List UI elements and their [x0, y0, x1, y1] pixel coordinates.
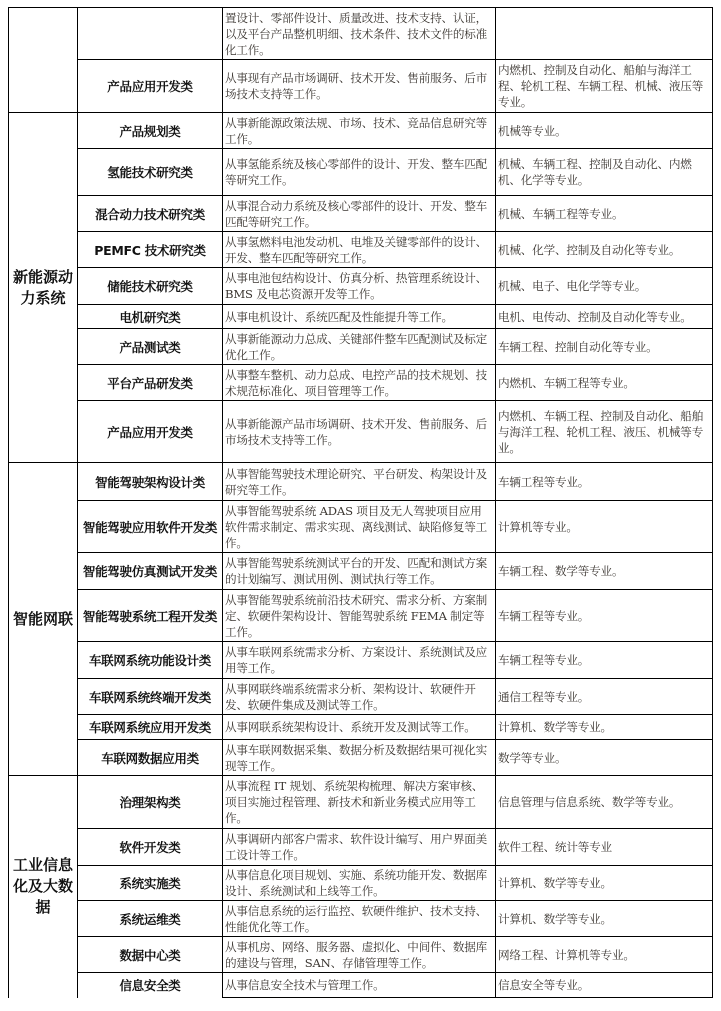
table-row: 产品应用开发类从事现有产品市场调研、技术开发、售前服务、后市场技术支持等工作。内… [9, 60, 713, 113]
table-row: 软件开发类从事调研内部客户需求、软件设计编写、用户界面美工设计等工作。软件工程、… [9, 829, 713, 866]
table-row: PEMFC 技术研究类从事氢燃料电池发动机、电堆及关键零部件的设计、开发、整车匹… [9, 232, 713, 268]
job-description-cell: 从事信息安全技术与管理工作。 [223, 973, 496, 998]
majors-cell: 信息管理与信息系统、数学等专业。 [496, 776, 713, 829]
majors-cell: 机械、电子、电化学等专业。 [496, 268, 713, 305]
category-cell: 产品应用开发类 [78, 60, 223, 113]
area-cell: 工业信息化及大数据 [9, 776, 78, 998]
majors-cell: 机械、车辆工程等专业。 [496, 196, 713, 232]
job-description-cell: 从事网联终端系统需求分析、架构设计、软硬件开发、软硬件集成及测试等工作。 [223, 679, 496, 715]
job-description-cell: 从事整车整机、动力总成、电控产品的技术规划、技术规范标准化、项目管理等工作。 [223, 365, 496, 401]
category-cell: 产品测试类 [78, 329, 223, 365]
majors-cell: 计算机、数学等专业。 [496, 715, 713, 740]
majors-cell: 通信工程等专业。 [496, 679, 713, 715]
category-cell: 车联网数据应用类 [78, 740, 223, 776]
table-row: 置设计、零部件设计、质量改进、技术支持、认证，以及平台产品整机明细、技术条件、技… [9, 8, 713, 60]
table-row: 智能驾驶系统工程开发类从事智能驾驶系统前沿技术研究、需求分析、方案制定、软硬件架… [9, 590, 713, 642]
majors-cell: 数学等专业。 [496, 740, 713, 776]
job-description-cell: 从事氢能系统及核心零部件的设计、开发、整车匹配等研究工作。 [223, 149, 496, 196]
category-cell: 系统实施类 [78, 866, 223, 901]
table-row: 车联网系统功能设计类从事车联网系统需求分析、方案设计、系统测试及应用等工作。车辆… [9, 642, 713, 679]
job-description-cell: 从事新能源动力总成、关键部件整车匹配测试及标定优化工作。 [223, 329, 496, 365]
majors-cell: 车辆工程等专业。 [496, 642, 713, 679]
majors-cell: 电机、电传动、控制及自动化等专业。 [496, 305, 713, 329]
category-cell: 系统运维类 [78, 901, 223, 937]
category-cell: 混合动力技术研究类 [78, 196, 223, 232]
table-row: 电机研究类从事电机设计、系统匹配及性能提升等工作。电机、电传动、控制及自动化等专… [9, 305, 713, 329]
job-description-cell: 从事车联网数据采集、数据分析及数据结果可视化实现等工作。 [223, 740, 496, 776]
majors-cell: 机械、车辆工程、控制及自动化、内燃机、化学等专业。 [496, 149, 713, 196]
category-cell: 车联网系统功能设计类 [78, 642, 223, 679]
table-row: 车联网数据应用类从事车联网数据采集、数据分析及数据结果可视化实现等工作。数学等专… [9, 740, 713, 776]
majors-cell: 车辆工程、控制自动化等专业。 [496, 329, 713, 365]
job-description-cell: 置设计、零部件设计、质量改进、技术支持、认证，以及平台产品整机明细、技术条件、技… [223, 8, 496, 60]
job-description-cell: 从事电池包结构设计、仿真分析、热管理系统设计、BMS 及电芯资源开发等工作。 [223, 268, 496, 305]
table-row: 信息安全类从事信息安全技术与管理工作。信息安全等专业。 [9, 973, 713, 998]
category-cell: 软件开发类 [78, 829, 223, 866]
majors-cell: 机械、化学、控制及自动化等专业。 [496, 232, 713, 268]
area-cell [9, 8, 78, 113]
job-description-cell: 从事混合动力系统及核心零部件的设计、开发、整车匹配等研究工作。 [223, 196, 496, 232]
job-description-cell: 从事智能驾驶系统 ADAS 项目及无人驾驶项目应用软件需求制定、需求实现、离线测… [223, 501, 496, 553]
majors-cell: 计算机、数学等专业。 [496, 901, 713, 937]
majors-cell: 软件工程、统计等专业 [496, 829, 713, 866]
job-description-cell: 从事氢燃料电池发动机、电堆及关键零部件的设计、开发、整车匹配等研究工作。 [223, 232, 496, 268]
category-cell: 数据中心类 [78, 937, 223, 973]
category-cell: 治理架构类 [78, 776, 223, 829]
job-description-cell: 从事流程 IT 规划、系统架构梳理、解决方案审核、项目实施过程管理、新技术和新业… [223, 776, 496, 829]
job-description-cell: 从事机房、网络、服务器、虚拟化、中间件、数据库的建设与管理，SAN、存储管理等工… [223, 937, 496, 973]
majors-cell: 车辆工程等专业。 [496, 590, 713, 642]
table-row: 产品测试类从事新能源动力总成、关键部件整车匹配测试及标定优化工作。车辆工程、控制… [9, 329, 713, 365]
category-cell: 电机研究类 [78, 305, 223, 329]
table-row: 新能源动力系统产品规划类从事新能源政策法规、市场、技术、竞品信息研究等工作。机械… [9, 113, 713, 149]
majors-cell: 计算机、数学等专业。 [496, 866, 713, 901]
category-cell: PEMFC 技术研究类 [78, 232, 223, 268]
job-description-cell: 从事智能驾驶系统测试平台的开发、匹配和测试方案的计划编写、测试用例、测试执行等工… [223, 553, 496, 590]
majors-cell: 车辆工程、数学等专业。 [496, 553, 713, 590]
category-cell: 产品规划类 [78, 113, 223, 149]
table-row: 氢能技术研究类从事氢能系统及核心零部件的设计、开发、整车匹配等研究工作。机械、车… [9, 149, 713, 196]
category-cell: 智能驾驶系统工程开发类 [78, 590, 223, 642]
category-cell: 智能驾驶架构设计类 [78, 463, 223, 501]
table-row: 智能网联智能驾驶架构设计类从事智能驾驶技术理论研究、平台研发、构架设计及研究等工… [9, 463, 713, 501]
category-cell [78, 8, 223, 60]
job-description-cell: 从事电机设计、系统匹配及性能提升等工作。 [223, 305, 496, 329]
table-row: 系统实施类从事信息化项目规划、实施、系统功能开发、数据库设计、系统测试和上线等工… [9, 866, 713, 901]
category-cell: 产品应用开发类 [78, 401, 223, 463]
job-description-cell: 从事车联网系统需求分析、方案设计、系统测试及应用等工作。 [223, 642, 496, 679]
category-cell: 储能技术研究类 [78, 268, 223, 305]
category-cell: 智能驾驶应用软件开发类 [78, 501, 223, 553]
majors-cell: 机械等专业。 [496, 113, 713, 149]
recruitment-category-table: 置设计、零部件设计、质量改进、技术支持、认证，以及平台产品整机明细、技术条件、技… [8, 7, 713, 998]
majors-cell: 内燃机、车辆工程、控制及自动化、船舶与海洋工程、轮机工程、液压、机械等专业。 [496, 401, 713, 463]
majors-cell: 信息安全等专业。 [496, 973, 713, 998]
table-row: 混合动力技术研究类从事混合动力系统及核心零部件的设计、开发、整车匹配等研究工作。… [9, 196, 713, 232]
table-row: 数据中心类从事机房、网络、服务器、虚拟化、中间件、数据库的建设与管理，SAN、存… [9, 937, 713, 973]
category-cell: 车联网系统终端开发类 [78, 679, 223, 715]
job-description-cell: 从事信息化项目规划、实施、系统功能开发、数据库设计、系统测试和上线等工作。 [223, 866, 496, 901]
majors-cell: 网络工程、计算机等专业。 [496, 937, 713, 973]
job-description-cell: 从事智能驾驶系统前沿技术研究、需求分析、方案制定、软硬件架构设计、智能驾驶系统 … [223, 590, 496, 642]
majors-cell [496, 8, 713, 60]
table-row: 车联网系统终端开发类从事网联终端系统需求分析、架构设计、软硬件开发、软硬件集成及… [9, 679, 713, 715]
category-cell: 车联网系统应用开发类 [78, 715, 223, 740]
job-description-cell: 从事网联系统架构设计、系统开发及测试等工作。 [223, 715, 496, 740]
category-cell: 智能驾驶仿真测试开发类 [78, 553, 223, 590]
category-cell: 平台产品研发类 [78, 365, 223, 401]
majors-cell: 内燃机、车辆工程等专业。 [496, 365, 713, 401]
area-cell: 新能源动力系统 [9, 113, 78, 463]
job-description-cell: 从事智能驾驶技术理论研究、平台研发、构架设计及研究等工作。 [223, 463, 496, 501]
majors-cell: 内燃机、控制及自动化、船舶与海洋工程、轮机工程、车辆工程、机械、液压等专业。 [496, 60, 713, 113]
table-row: 储能技术研究类从事电池包结构设计、仿真分析、热管理系统设计、BMS 及电芯资源开… [9, 268, 713, 305]
category-cell: 信息安全类 [78, 973, 223, 998]
job-description-cell: 从事调研内部客户需求、软件设计编写、用户界面美工设计等工作。 [223, 829, 496, 866]
majors-cell: 车辆工程等专业。 [496, 463, 713, 501]
table-row: 车联网系统应用开发类从事网联系统架构设计、系统开发及测试等工作。计算机、数学等专… [9, 715, 713, 740]
table-row: 智能驾驶应用软件开发类从事智能驾驶系统 ADAS 项目及无人驾驶项目应用软件需求… [9, 501, 713, 553]
table-row: 工业信息化及大数据治理架构类从事流程 IT 规划、系统架构梳理、解决方案审核、项… [9, 776, 713, 829]
job-description-cell: 从事新能源产品市场调研、技术开发、售前服务、后市场技术支持等工作。 [223, 401, 496, 463]
majors-cell: 计算机等专业。 [496, 501, 713, 553]
job-description-cell: 从事现有产品市场调研、技术开发、售前服务、后市场技术支持等工作。 [223, 60, 496, 113]
job-description-cell: 从事信息系统的运行监控、软硬件维护、技术支持、性能优化等工作。 [223, 901, 496, 937]
job-description-cell: 从事新能源政策法规、市场、技术、竞品信息研究等工作。 [223, 113, 496, 149]
category-cell: 氢能技术研究类 [78, 149, 223, 196]
table-row: 智能驾驶仿真测试开发类从事智能驾驶系统测试平台的开发、匹配和测试方案的计划编写、… [9, 553, 713, 590]
table-row: 平台产品研发类从事整车整机、动力总成、电控产品的技术规划、技术规范标准化、项目管… [9, 365, 713, 401]
table-row: 产品应用开发类从事新能源产品市场调研、技术开发、售前服务、后市场技术支持等工作。… [9, 401, 713, 463]
table-row: 系统运维类从事信息系统的运行监控、软硬件维护、技术支持、性能优化等工作。计算机、… [9, 901, 713, 937]
area-cell: 智能网联 [9, 463, 78, 776]
